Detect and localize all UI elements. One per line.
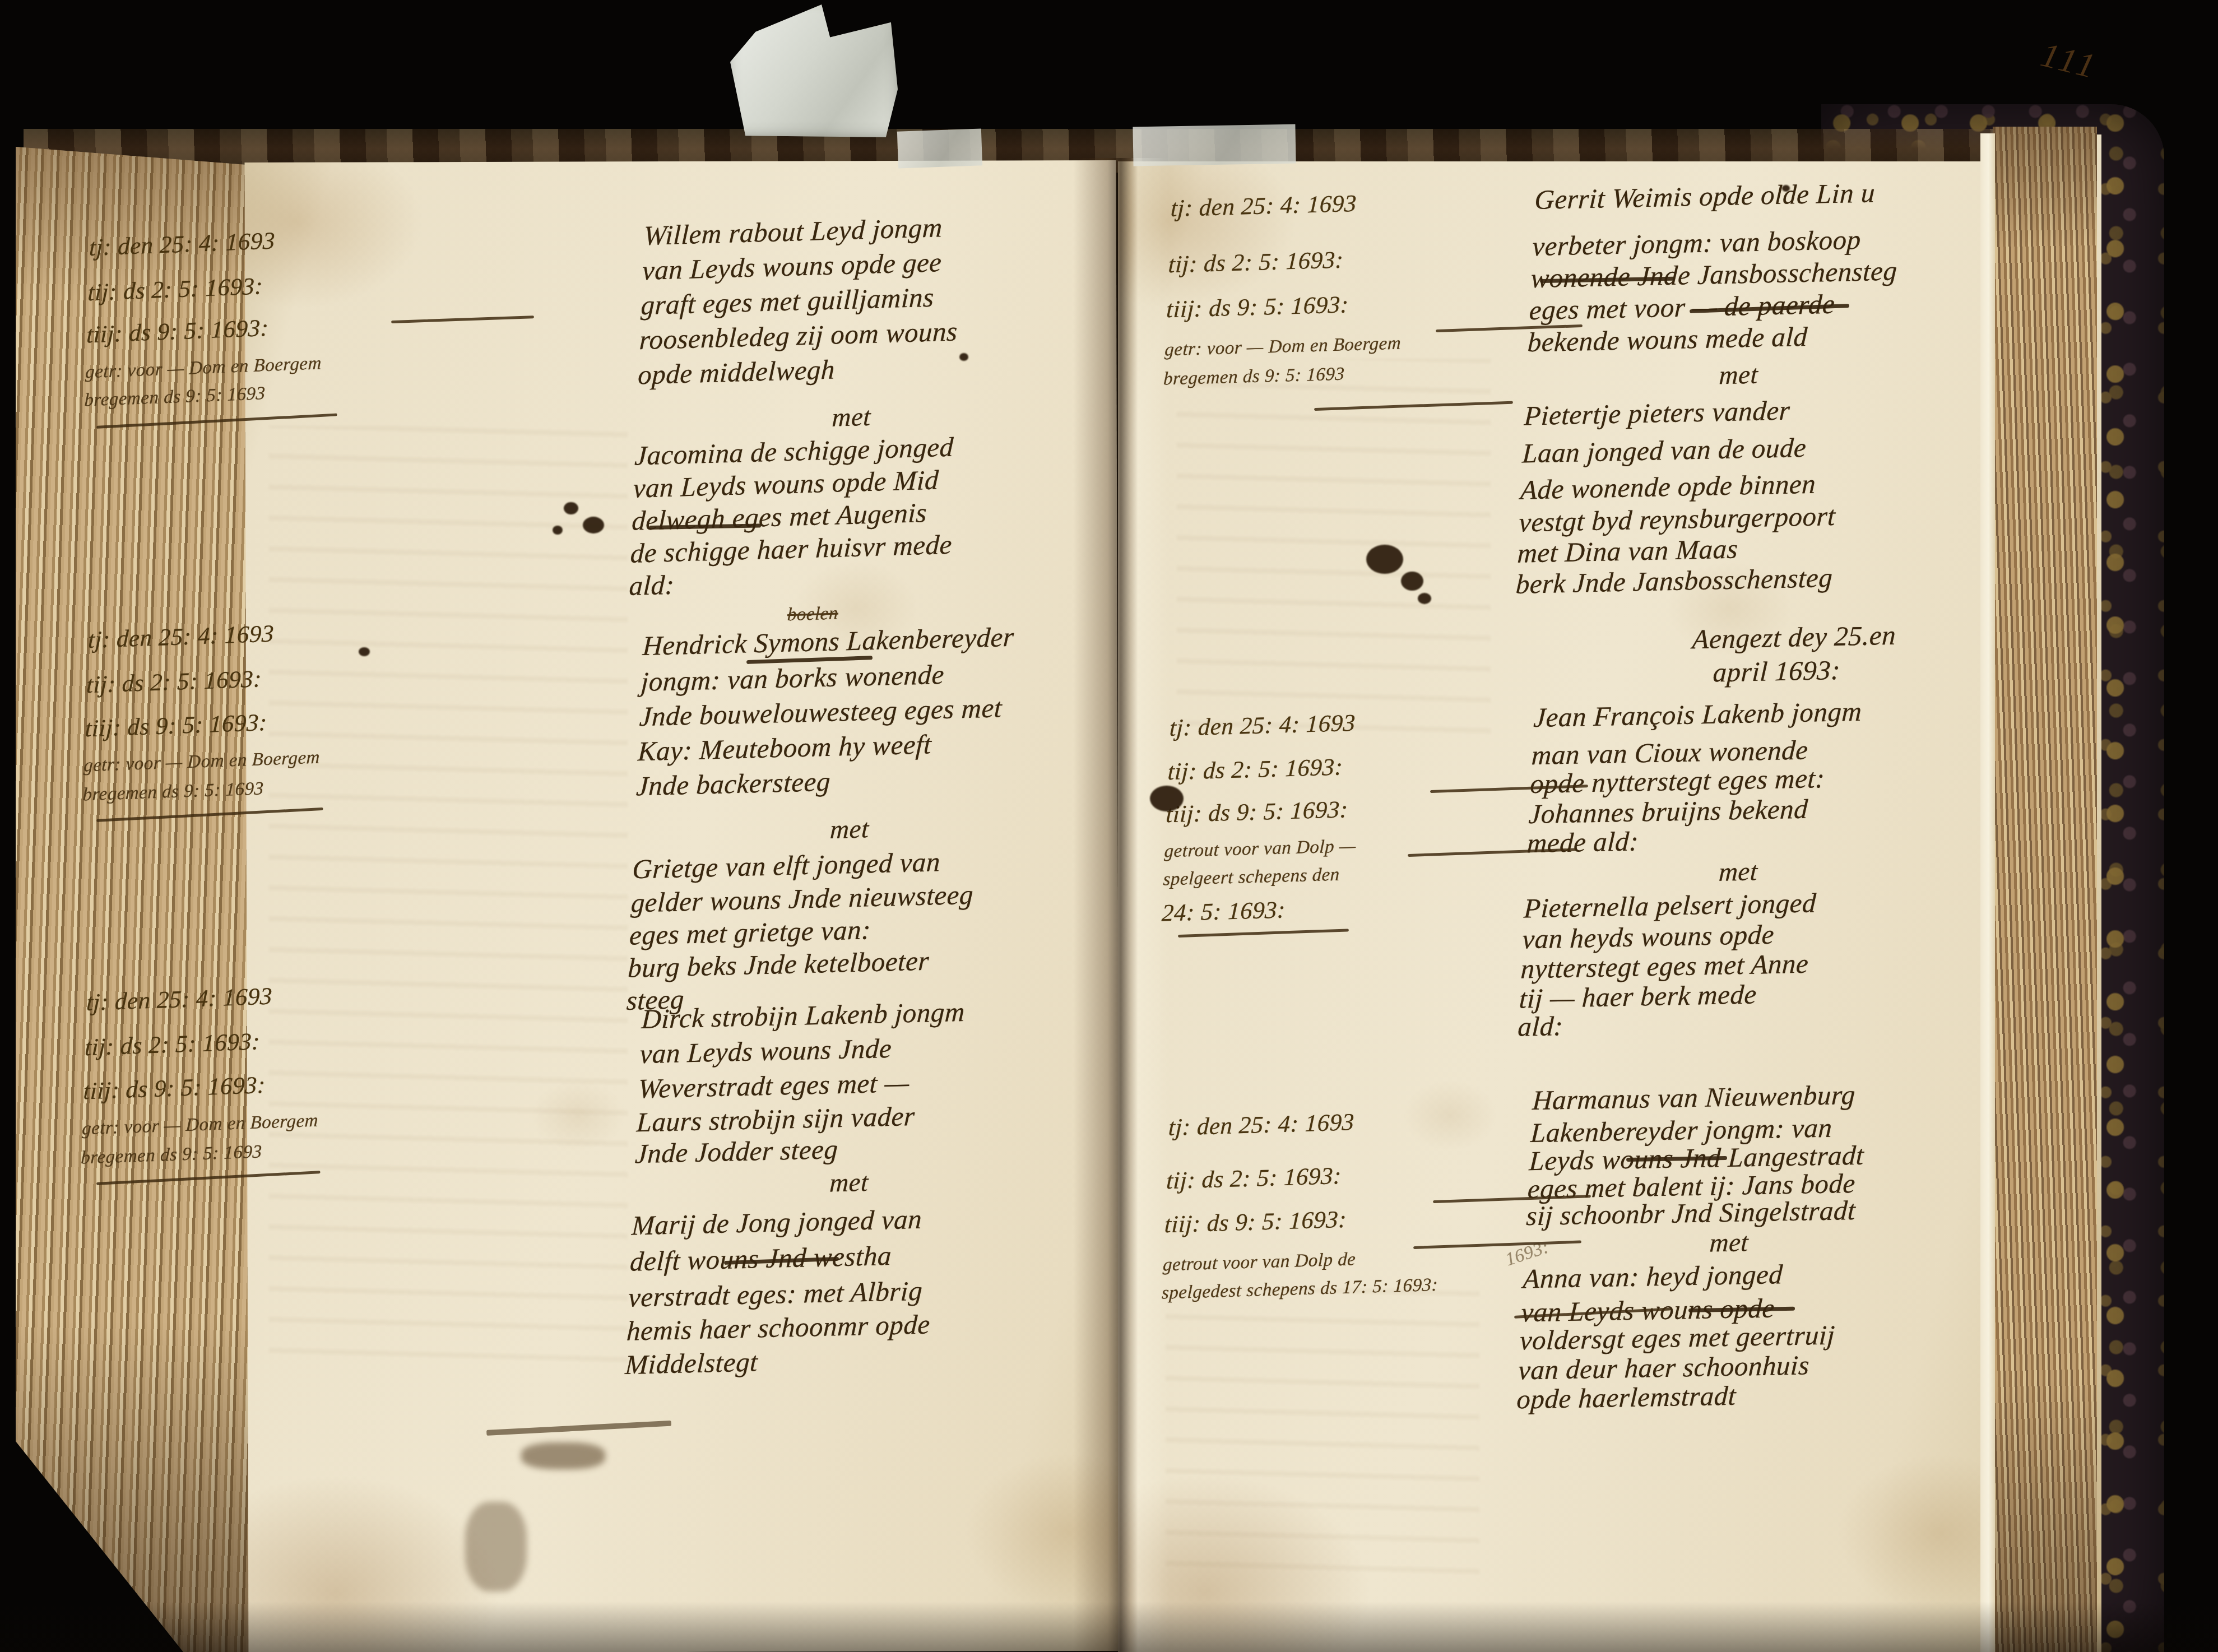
photo-vignette: [0, 1602, 2218, 1652]
entry-text-line: van Leyds wouns Jnde: [639, 1032, 892, 1070]
entry-text-line: Middelstegt: [624, 1345, 758, 1380]
ink-blot: [359, 647, 370, 656]
ink-blot: [1782, 185, 1790, 192]
met-connector: met: [831, 402, 871, 433]
entry-text-line: Laurs strobijn sijn vader: [636, 1100, 916, 1138]
last-leaf-edge: [1980, 133, 1995, 1652]
entry-text-line: ald:: [1517, 1010, 1564, 1043]
entry-text-line: opde haerlemstradt: [1516, 1380, 1737, 1416]
margin-date-line: 24: 5: 1693:: [1161, 896, 1286, 927]
manuscript-photo: { "document_type": "handwritten marriage…: [0, 0, 2218, 1652]
margin-date-line: tj: den 25: 4: 1693: [1169, 709, 1356, 742]
margin-date-line: tiij: ds 9: 5: 1693:: [1166, 291, 1349, 323]
repair-tape: [897, 128, 982, 168]
page-edges-right: [1993, 127, 2097, 1652]
entry-text-line: delft wouns Jnd westha: [629, 1240, 893, 1278]
met-connector: met: [829, 814, 870, 845]
entry-text-line: sij schoonbr Jnd Singelstradt: [1525, 1194, 1856, 1232]
ink-blot: [1366, 545, 1403, 574]
entry-text-line: Johannes bruijns bekend: [1528, 793, 1808, 830]
met-connector: met: [1718, 856, 1758, 887]
entry-text-line: Jean François Lakenb jongm: [1533, 695, 1863, 734]
ink-blot: [564, 502, 578, 514]
ink-smudge: [465, 1502, 527, 1591]
entry-text-line: Jnde Jodder steeg: [634, 1133, 839, 1170]
met-connector: met: [829, 1167, 869, 1199]
entry-text-line: Marij de Jong jonged van: [631, 1203, 923, 1242]
margin-date-line: tj: den 25: 4: 1693: [1168, 1108, 1355, 1141]
margin-date-line: tij: ds 2: 5: 1693:: [1168, 246, 1344, 279]
entry-text-line: nytterstegt eges met Anne: [1520, 948, 1809, 985]
entry-text-line: vestgt byd reynsburgerpoort: [1518, 500, 1836, 539]
entry-text-line: mede ald:: [1526, 825, 1640, 859]
entry-text-line: Jnde backersteeg: [635, 765, 831, 802]
entry-text-line: ald:: [628, 569, 675, 602]
entry-text-line: Pietertje pieters vander: [1523, 395, 1790, 432]
met-connector: met: [1719, 360, 1759, 391]
entry-text-line: Laan jonged van de oude: [1521, 431, 1807, 470]
folio-number: 111: [2037, 35, 2102, 88]
registration-note: april 1693:: [1713, 654, 1841, 689]
margin-date-line: tj: den 25: 4: 1693: [1170, 190, 1357, 222]
registration-note: Aengezt dey 25.en: [1691, 619, 1896, 656]
entry-text-line: Weverstradt eges met —: [637, 1066, 910, 1105]
repair-tape: [1133, 124, 1296, 166]
margin-date-line: tiij: ds 9: 5: 1693:: [1165, 796, 1348, 828]
margin-date-line: tij: ds 2: 5: 1693:: [1166, 1162, 1342, 1195]
entry-text-line: Harmanus van Nieuwenburg: [1532, 1079, 1856, 1116]
bookmark-tab: [728, 4, 898, 141]
entry-text-line: verstradt eges: met Albrig: [628, 1275, 924, 1314]
ink-blot: [553, 526, 563, 535]
entry-text-line: berk Jnde Jansbosschensteg: [1515, 562, 1834, 600]
inserted-note: boelen: [787, 604, 838, 626]
met-connector: met: [1709, 1227, 1749, 1258]
ink-blot: [1150, 786, 1184, 811]
ink-blot: [1418, 593, 1431, 604]
entry-text-line: Anna van: heyd jonged: [1522, 1258, 1784, 1294]
entry-text-line: eges met grietge van:: [629, 913, 871, 952]
ink-blot: [1401, 572, 1423, 591]
ink-blot: [583, 517, 604, 533]
margin-date-line: tiij: ds 9: 5: 1693:: [1164, 1206, 1347, 1239]
gutter-shadow: [1073, 158, 1168, 1652]
entry-text-line: tij — haer berk mede: [1519, 978, 1758, 1014]
margin-date-line: tij: ds 2: 5: 1693:: [1167, 753, 1344, 786]
ink-smudge: [521, 1442, 605, 1469]
entry-text-line: Ade wonende opde binnen: [1520, 468, 1817, 506]
entry-text-line: opde middelwegh: [637, 354, 836, 391]
ink-blot: [959, 353, 968, 361]
